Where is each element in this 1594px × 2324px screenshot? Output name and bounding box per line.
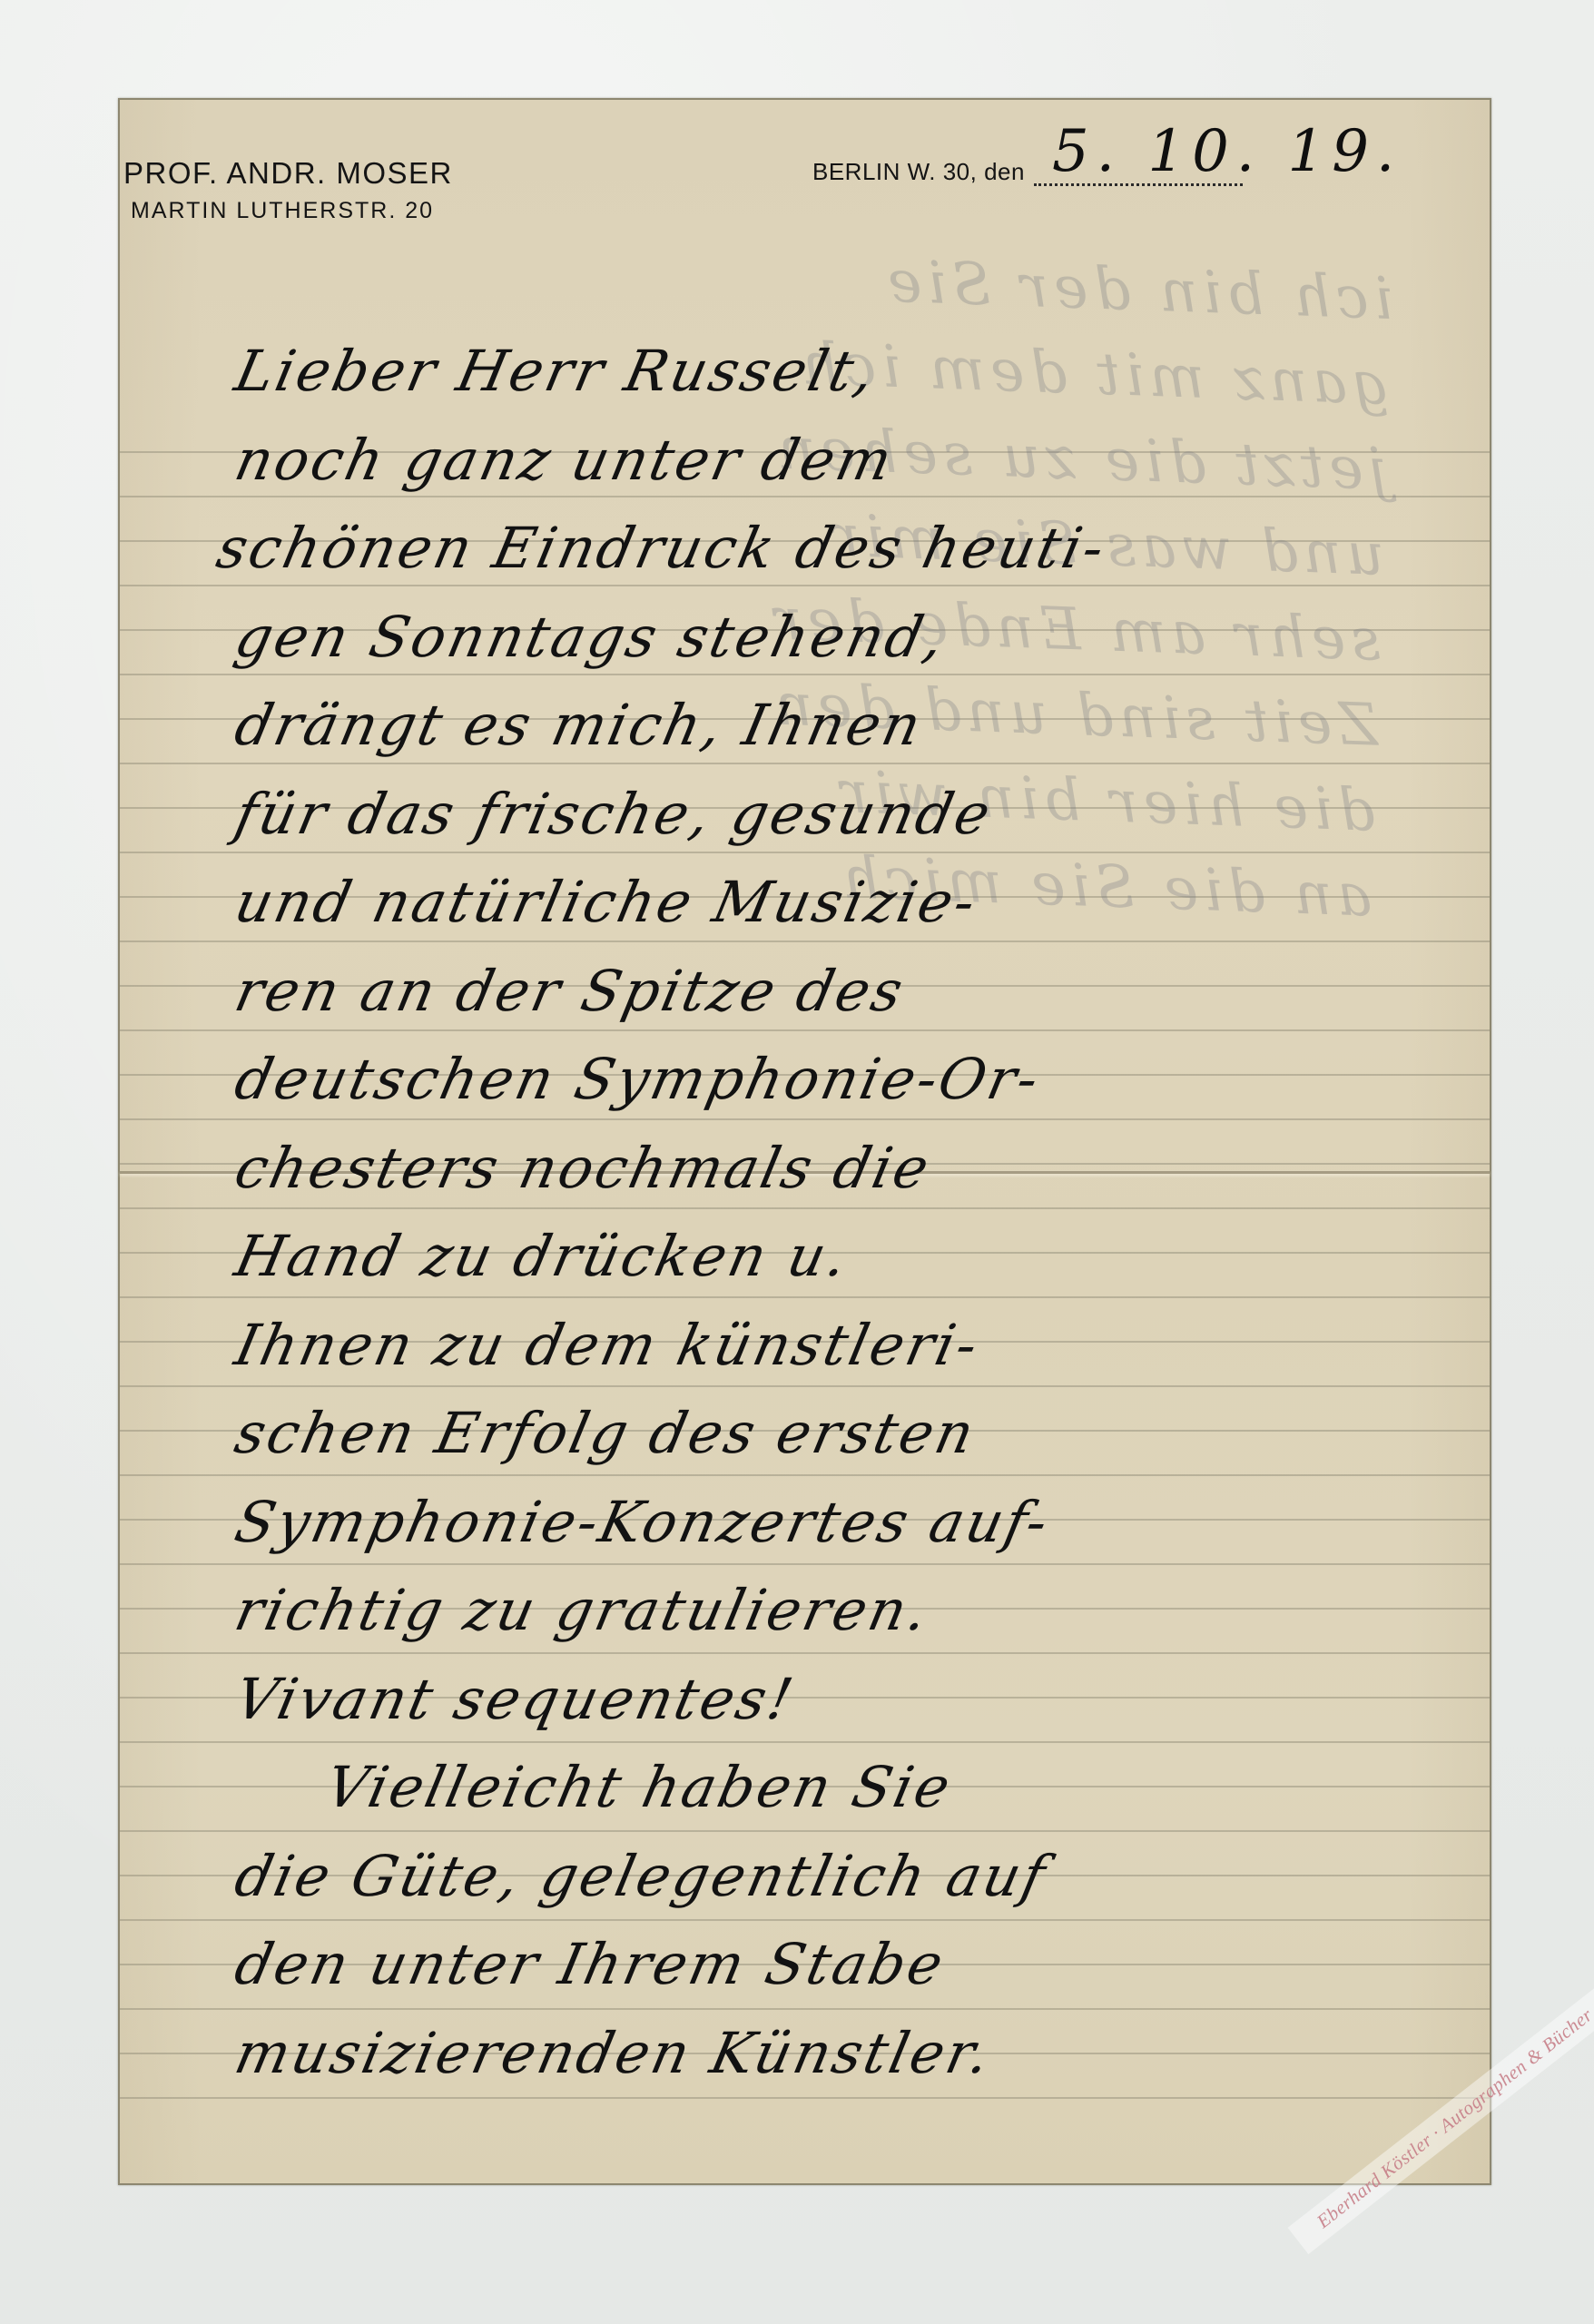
letter-line: chesters nochmals die <box>227 1124 1426 1213</box>
letter-body: Lieber Herr Russelt, noch ganz unter dem… <box>227 327 1407 2097</box>
letterhead-sender: PROF. ANDR. MOSER MARTIN LUTHERSTR. 20 <box>123 156 453 224</box>
letter-line: schönen Eindruck des heuti- <box>209 504 1426 593</box>
letter-line: Symphonie-Konzertes auf- <box>227 1478 1426 1567</box>
letter-line: für das frische, gesunde <box>227 770 1426 859</box>
sender-name: PROF. ANDR. MOSER <box>123 156 453 191</box>
letterhead-place-date: BERLIN W. 30, den 5. 10. 19. <box>812 156 1243 186</box>
letter-line: den unter Ihrem Stabe <box>227 1920 1426 2009</box>
letter-line: Vielleicht haben Sie <box>227 1743 1426 1832</box>
letter-line: drängt es mich, Ihnen <box>227 681 1426 770</box>
letter-line: deutschen Symphonie-Or- <box>227 1035 1426 1124</box>
letter-line: Ihnen zu dem künstleri- <box>227 1301 1426 1390</box>
letter-line: gen Sonntags stehend, <box>227 593 1426 682</box>
place-label: BERLIN W. 30, den <box>812 158 1025 186</box>
salutation: Lieber Herr Russelt, <box>227 327 1426 416</box>
letter-line: Vivant sequentes! <box>227 1655 1426 1744</box>
letter-line: noch ganz unter dem <box>227 416 1426 505</box>
letter-line: musizierenden Künstler. <box>227 2009 1426 2098</box>
handwritten-date: 5. 10. 19. <box>1052 118 1402 185</box>
letter-line: Hand zu drücken u. <box>227 1212 1426 1301</box>
letter-line: die Güte, gelegentlich auf <box>227 1832 1426 1921</box>
letter-line: ren an der Spitze des <box>227 947 1426 1036</box>
letter-line: schen Erfolg des ersten <box>227 1389 1426 1478</box>
letter-line: richtig zu gratulieren. <box>227 1566 1426 1655</box>
sender-address: MARTIN LUTHERSTR. 20 <box>131 198 453 224</box>
letter-line: und natürliche Musizie- <box>227 858 1426 947</box>
date-field: 5. 10. 19. <box>1034 156 1243 186</box>
